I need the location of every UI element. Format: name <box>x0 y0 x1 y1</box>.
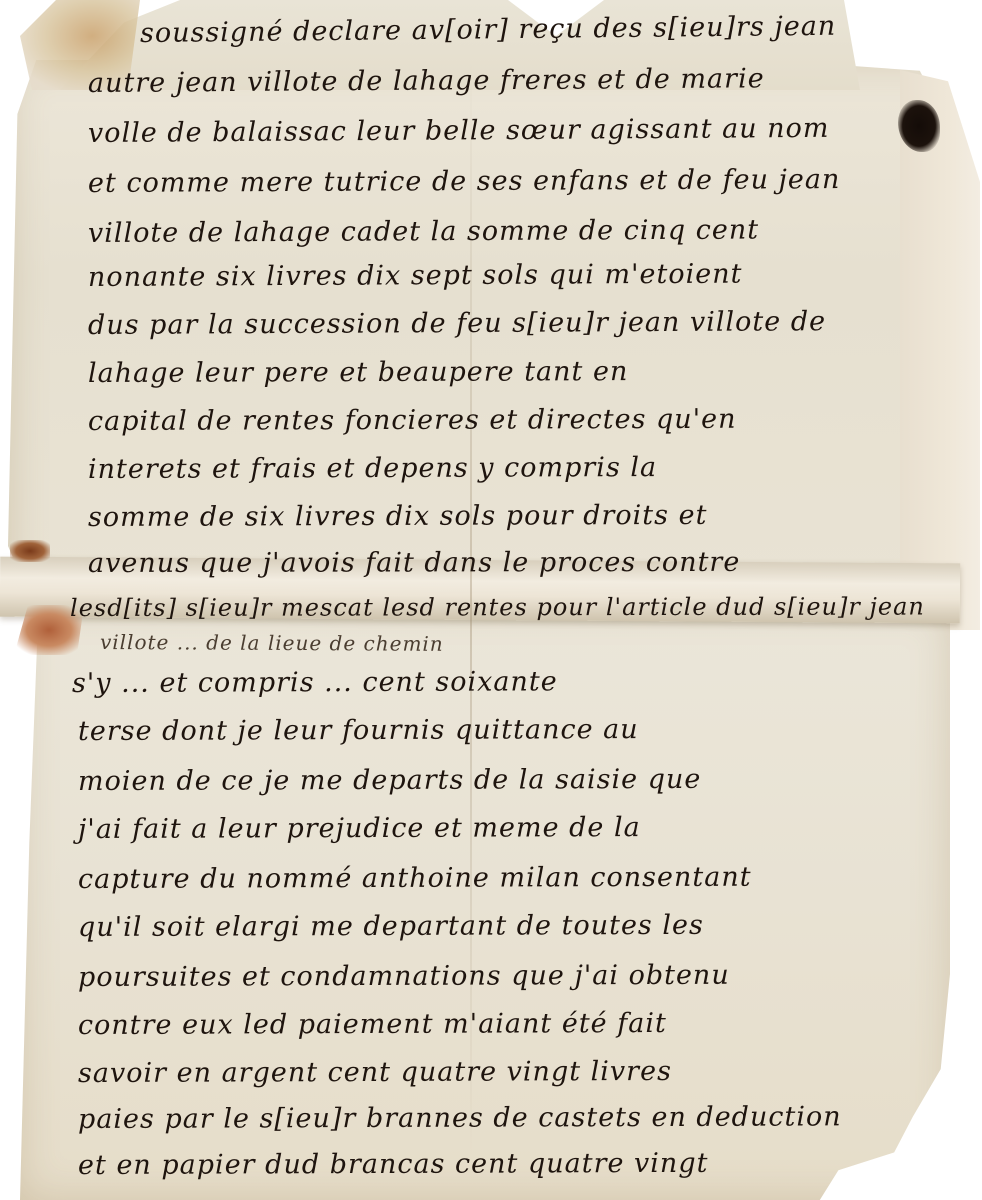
manuscript-page: soussigné declare av[oir] reçu des s[ieu… <box>0 0 982 1200</box>
text-line: paies par le s[ieu]r brannes de castets … <box>78 1101 842 1135</box>
text-line: terse dont je leur fournis quittance au <box>78 714 639 747</box>
text-line: contre eux led paiement m'aiant été fait <box>78 1008 667 1041</box>
text-line: j'ai fait a leur prejudice et meme de la <box>78 812 641 845</box>
text-line: nonante six livres dix sept sols qui m'e… <box>88 259 743 293</box>
text-line: autre jean villote de lahage freres et d… <box>88 63 765 99</box>
text-line: qu'il soit elargi me departant de toutes… <box>78 910 704 943</box>
text-line: lesd[its] s[ieu]r mescat lesd rentes pou… <box>70 593 925 622</box>
text-line: savoir en argent cent quatre vingt livre… <box>78 1056 672 1089</box>
text-line: soussigné declare av[oir] reçu des s[ieu… <box>140 11 837 49</box>
text-line: dus par la succession de feu s[ieu]r jea… <box>88 306 826 341</box>
text-line: interets et frais et depens y compris la <box>88 452 657 485</box>
text-line: capital de rentes foncieres et directes … <box>88 404 737 437</box>
text-line: lahage leur pere et beaupere tant en <box>88 356 628 389</box>
text-line: poursuites et condamnations que j'ai obt… <box>78 960 730 993</box>
handwritten-text: soussigné declare av[oir] reçu des s[ieu… <box>0 0 982 1200</box>
text-line: et comme mere tutrice de ses enfans et d… <box>88 164 841 199</box>
text-line: et en papier dud brancas cent quatre vin… <box>78 1148 709 1181</box>
text-line: somme de six livres dix sols pour droits… <box>88 500 708 533</box>
text-line: capture du nommé anthoine milan consenta… <box>78 862 752 895</box>
text-line: moien de ce je me departs de la saisie q… <box>78 764 701 797</box>
text-line: villote de lahage cadet la somme de cinq… <box>88 214 759 249</box>
text-line: s'y ... et compris ... cent soixante <box>72 666 558 699</box>
text-line: volle de balaissac leur belle sœur agiss… <box>88 113 830 149</box>
text-line-obscured: villote ... de la lieue de chemin <box>100 630 444 656</box>
text-line: avenus que j'avois fait dans le proces c… <box>88 547 740 579</box>
